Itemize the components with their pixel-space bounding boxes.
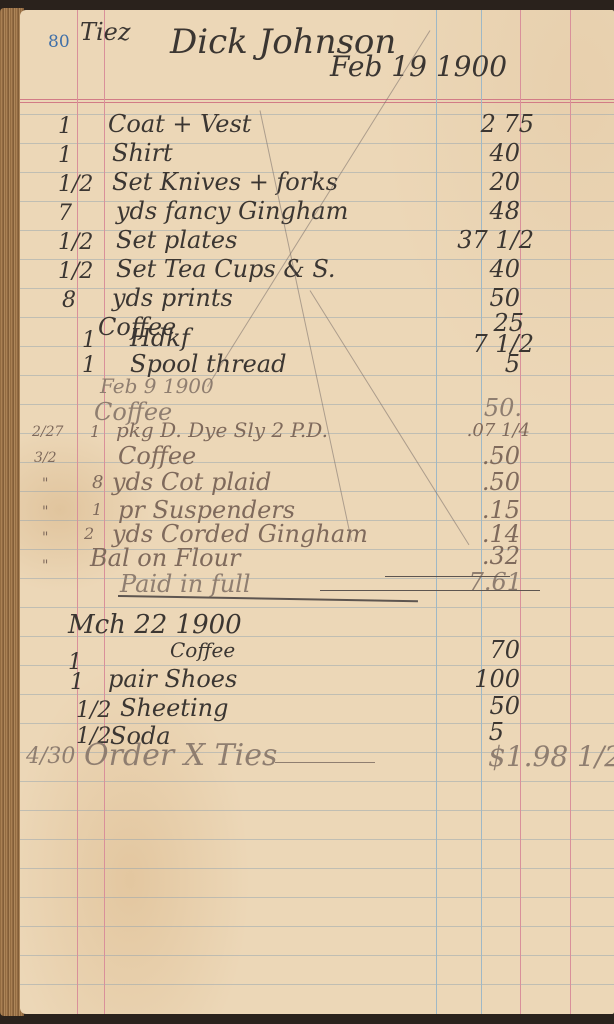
entry-qty: 1	[58, 143, 72, 168]
footer-amount: $1.98 1/2	[488, 740, 614, 773]
section-total: 7.61	[444, 568, 522, 596]
underline	[118, 595, 418, 602]
total-rule	[320, 590, 540, 591]
rule-line	[20, 897, 614, 898]
entry-qty: 1	[90, 422, 100, 441]
entry-date: "	[42, 504, 48, 520]
entry-amount: 50	[444, 692, 520, 720]
entry-item: yds prints	[112, 284, 233, 312]
entry-amount: 20	[444, 168, 520, 196]
entry-amount: 37 1/2	[444, 226, 534, 254]
entry-item: Coffee	[118, 442, 196, 470]
entry-amount: 5	[444, 350, 520, 378]
column-line	[520, 10, 521, 1014]
entry-amount: 2 75	[444, 110, 534, 138]
entry-item: Hdkf	[130, 324, 190, 352]
entry-qty: 1	[82, 328, 96, 353]
entry-qty: 7	[58, 201, 72, 226]
rule-line	[20, 491, 614, 492]
entry-amount: 48	[444, 197, 520, 225]
entry-amount: 40	[444, 255, 520, 283]
footer-note: Order X Ties	[84, 738, 277, 773]
entry-qty: 1/2	[58, 172, 93, 197]
rule-line	[20, 781, 614, 782]
entry-qty: 8	[92, 472, 103, 493]
margin-line	[77, 10, 78, 1014]
entry-item: pair Shoes	[108, 665, 237, 693]
rule-line	[20, 607, 614, 608]
entry-qty: 1	[82, 353, 96, 378]
rule-line	[20, 839, 614, 840]
rule-line	[20, 810, 614, 811]
entry-item: Set plates	[116, 226, 237, 254]
ledger-page: 80 Tiez Dick Johnson Feb 19 1900 1 Coat …	[20, 10, 614, 1014]
rule-line	[20, 578, 614, 579]
entry-qty: 1/2	[76, 698, 111, 723]
page-number: 80	[48, 32, 70, 52]
total-rule	[385, 576, 510, 577]
entry-amount: .50	[444, 468, 520, 496]
entry-qty: 1	[58, 114, 72, 139]
header-date: Feb 19 1900	[330, 50, 507, 83]
section-date: Feb 9 1900	[100, 374, 214, 398]
entry-qty: 2	[84, 524, 94, 543]
entry-amount: 100	[444, 665, 520, 693]
entry-item: Shirt	[112, 139, 173, 167]
rule-line	[20, 868, 614, 869]
entry-item: yds Cot plaid	[112, 468, 271, 496]
entry-item: Set Tea Cups & S.	[116, 255, 336, 283]
underline	[275, 762, 375, 763]
entry-item: Sheeting	[120, 694, 228, 722]
entry-item: Set Knives + forks	[112, 168, 338, 196]
entry-qty: 1	[92, 500, 102, 519]
rule-line	[20, 926, 614, 927]
entry-item: yds fancy Gingham	[116, 197, 348, 225]
entry-item: pkg D. Dye Sly 2 P.D.	[116, 418, 328, 442]
entry-item: Bal on Flour	[90, 544, 241, 572]
header-rule	[20, 99, 614, 100]
paid-note: Paid in full	[120, 570, 251, 598]
entry-amount: 70	[444, 636, 520, 664]
header-prefix: Tiez	[80, 18, 131, 46]
footer-date: 4/30	[26, 744, 75, 769]
margin-line	[104, 10, 105, 1014]
entry-date: "	[42, 476, 48, 492]
entry-qty: 8	[62, 288, 76, 313]
entry-qty: 1	[70, 670, 84, 695]
entry-qty: 1/2	[58, 230, 93, 255]
rule-line	[20, 694, 614, 695]
rule-line	[20, 984, 614, 985]
rule-line	[20, 955, 614, 956]
column-line	[570, 10, 571, 1014]
entry-amount: .50	[444, 442, 520, 470]
entry-date: 3/2	[34, 450, 57, 466]
rule-line	[20, 143, 614, 144]
entry-amount: 50	[444, 284, 520, 312]
header-rule	[20, 102, 614, 103]
entry-date: 2/27	[32, 424, 63, 440]
entry-amount: 40	[444, 139, 520, 167]
entry-amount: .32	[444, 542, 520, 570]
entry-date: "	[42, 558, 48, 574]
entry-date: "	[42, 530, 48, 546]
rule-line	[20, 288, 614, 289]
entry-qty: 1/2	[58, 259, 93, 284]
column-line	[436, 10, 437, 1014]
entry-item: Coffee	[170, 638, 235, 662]
entry-amount: 50.	[444, 394, 522, 422]
rule-line	[20, 462, 614, 463]
entry-item: Coat + Vest	[108, 110, 251, 138]
section-date: Mch 22 1900	[68, 610, 242, 640]
ledger-book: 80 Tiez Dick Johnson Feb 19 1900 1 Coat …	[0, 0, 614, 1024]
entry-amount: .07 1/4	[444, 420, 530, 441]
